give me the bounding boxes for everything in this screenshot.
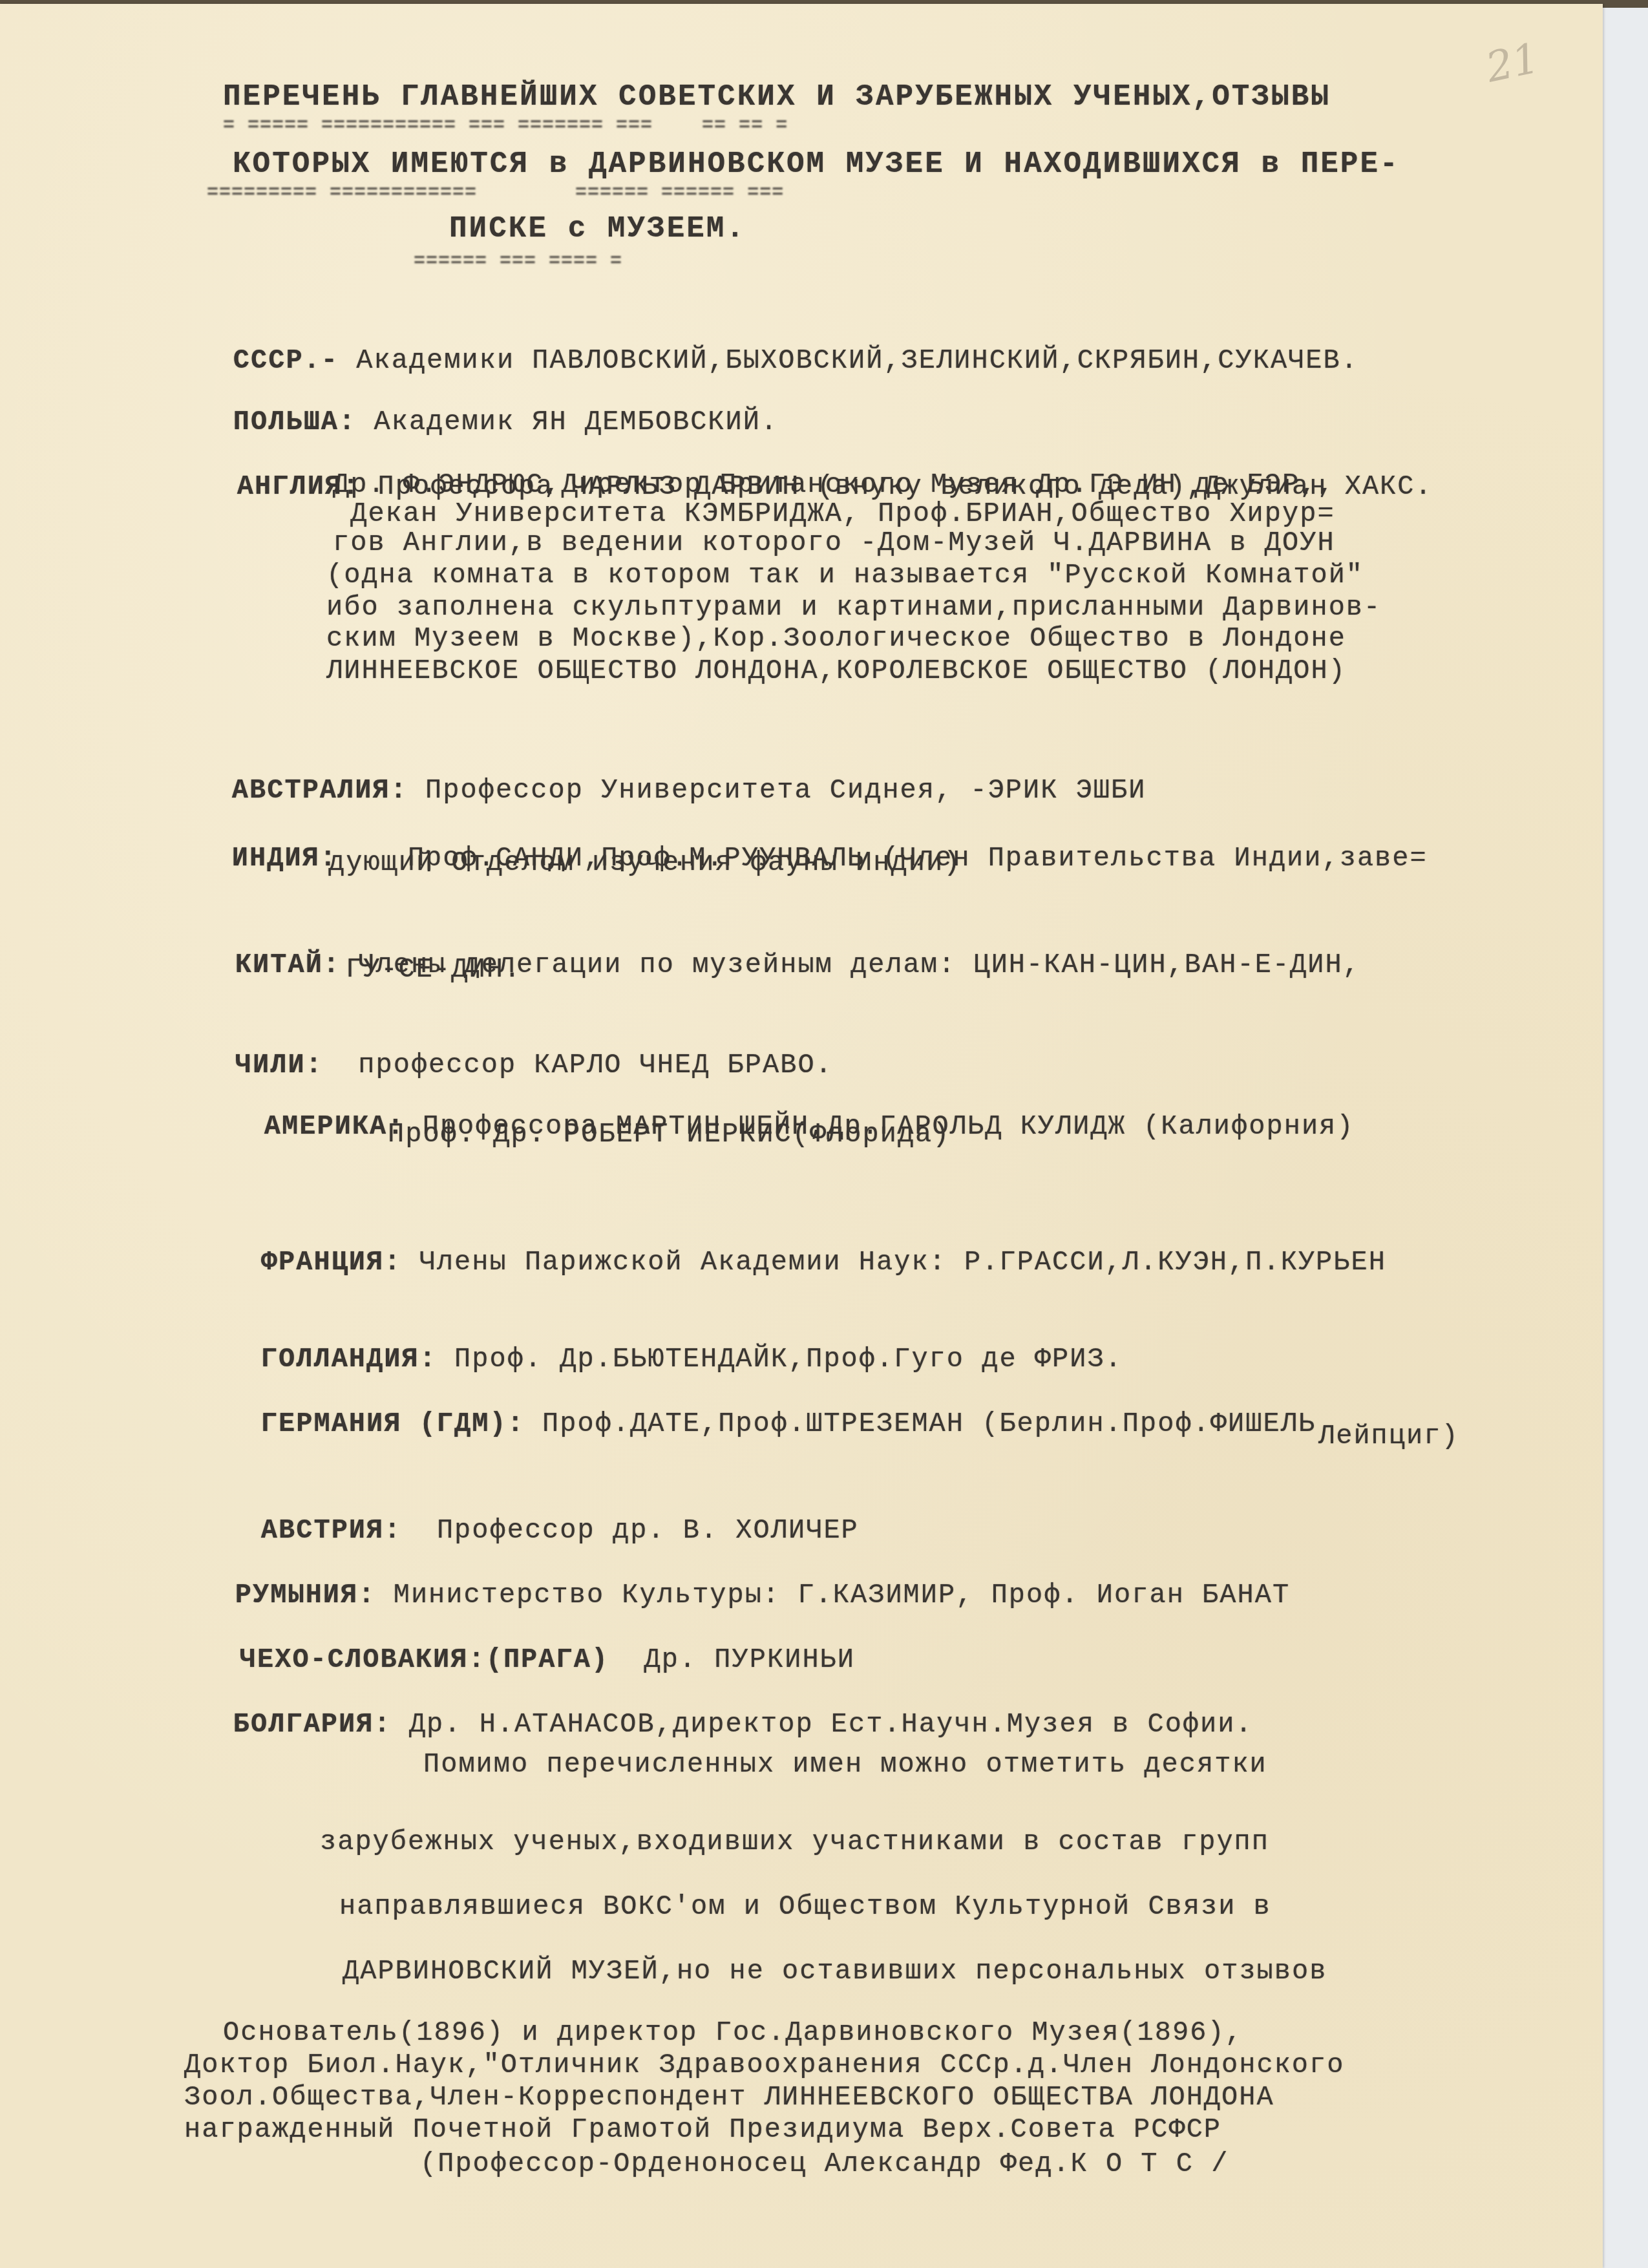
country-label: РУМЫНИЯ: xyxy=(235,1580,376,1611)
entry-america-line-2: Проф. Др. РОБЕРТ ИЕРКИС(Флорида) xyxy=(388,1119,951,1150)
closing-paragraph-line-2: зарубежных ученых,входивших участниками … xyxy=(320,1827,1269,1858)
signature-line-5: (Профессор-Орденоносец Александр Фед.К О… xyxy=(420,2148,1229,2179)
document-page: 21 ПЕРЕЧЕНЬ ГЛАВНЕЙШИХ СОВЕТСКИХ И ЗАРУБ… xyxy=(0,4,1603,2268)
country-label: БОЛГАРИЯ: xyxy=(233,1709,392,1740)
entry-text: Академики ПАВЛОВСКИЙ,БЫХОВСКИЙ,ЗЕЛИНСКИЙ… xyxy=(356,345,1358,376)
entry-text: Др. ПУРКИНЬИ xyxy=(644,1644,855,1675)
entry-china: КИТАЙ: Члены делегации по музейным делам… xyxy=(165,918,1360,1012)
country-label: АВСТРИЯ: xyxy=(261,1515,402,1546)
title-line-1: ПЕРЕЧЕНЬ ГЛАВНЕЙШИХ СОВЕТСКИХ И ЗАРУБЕЖН… xyxy=(223,80,1331,114)
signature-line-3: Зоол.Общества,Член-Корреспондент ЛИННЕЕВ… xyxy=(184,2082,1274,2113)
title-line-2: КОТОРЫХ ИМЕЮТСЯ в ДАРВИНОВСКОМ МУЗЕЕ И Н… xyxy=(233,147,1400,181)
entry-text: Профессор Университета Сиднея, -ЭРИК ЭШБ… xyxy=(425,775,1146,806)
entry-germany-line-2: Лейпциг) xyxy=(1318,1421,1459,1452)
entry-text: Профессор др. В. ХОЛИЧЕР xyxy=(437,1515,859,1546)
entry-text: Министерство Культуры: Г.КАЗИМИР, Проф. … xyxy=(394,1580,1290,1611)
signature-line-1: Основатель(1896) и директор Гос.Дарвинов… xyxy=(223,2017,1243,2048)
country-label: ЧИЛИ: xyxy=(235,1050,323,1081)
closing-paragraph-line-1: Помимо перечисленных имен можно отметить… xyxy=(423,1749,1267,1780)
entry-text: Проф. Др.БЬЮТЕНДАЙК,Проф.Гуго де ФРИЗ. xyxy=(454,1344,1123,1375)
country-label: АМЕРИКА: xyxy=(264,1111,405,1142)
country-label: КИТАЙ: xyxy=(235,949,341,980)
entry-france: ФРАНЦИЯ: Члены Парижской Академии Наук: … xyxy=(191,1216,1386,1309)
title-underline-1: = ===== =========== === ======= === == =… xyxy=(223,115,788,137)
entry-china-line-2: ГУ-СЕ-ДИН. xyxy=(346,954,522,985)
entry-england-line-7: ским Музеем в Москве),Кор.Зоологическое … xyxy=(326,623,1346,654)
country-label: СССР.- xyxy=(233,345,339,376)
country-label: ИНДИЯ: xyxy=(232,843,337,874)
country-label: ГЕРМАНИЯ (ГДМ): xyxy=(261,1408,525,1439)
entry-text: Др. Н.АТАНАСОВ,директор Ест.Научн.Музея … xyxy=(409,1709,1253,1740)
entry-germany: ГЕРМАНИЯ (ГДМ): Проф.ДАТЕ,Проф.ШТРЕЗЕМАН… xyxy=(191,1377,1316,1470)
entry-text: профессор КАРЛО ЧНЕД БРАВО. xyxy=(358,1050,833,1081)
entry-text: Проф.ДАТЕ,Проф.ШТРЕЗЕМАН (Берлин.Проф.ФИ… xyxy=(542,1408,1316,1439)
country-label: ФРАНЦИЯ: xyxy=(261,1247,402,1278)
entry-england-line-5: (одна комната в котором так и называется… xyxy=(326,560,1364,591)
entry-england-line-3: Декан Университета КЭМБРИДЖА, Проф.БРИАН… xyxy=(333,498,1335,529)
entry-india-line-2: дующий Отделом изучения фауны Индии) xyxy=(328,847,961,878)
closing-paragraph-line-3: направлявшиеся ВОКС'ом и Обществом Культ… xyxy=(339,1891,1271,1922)
entry-england-line-2: Др. Ф.ЭНДРЮС,Директор Британского Музея … xyxy=(333,469,1335,500)
country-label: ЧЕХО-СЛОВАКИЯ:(ПРАГА) xyxy=(240,1644,609,1675)
signature-line-2: Доктор Биол.Наук,"Отличник Здравоохранен… xyxy=(184,2050,1344,2081)
closing-paragraph-line-4: ДАРВИНОВСКИЙ МУЗЕЙ,но не оставивших перс… xyxy=(343,1956,1327,1987)
entry-england-line-8: ЛИННЕЕВСКОЕ ОБЩЕСТВО ЛОНДОНА,КОРОЛЕВСКОЕ… xyxy=(326,655,1346,686)
entry-england-line-6: ибо заполнена скульптурами и картинами,п… xyxy=(326,592,1381,623)
country-label: ПОЛЬША: xyxy=(233,407,356,438)
country-label: ГОЛЛАНДИЯ: xyxy=(261,1344,437,1375)
entry-england-line-4: гов Англии,в ведении которого -Дом-Музей… xyxy=(333,527,1335,558)
signature-line-4: награжденный Почетной Грамотой Президиум… xyxy=(184,2114,1221,2145)
title-underline-2: ========= ============ ====== ====== === xyxy=(207,182,784,204)
title-line-3: ПИСКЕ с МУЗЕЕМ. xyxy=(449,212,746,246)
entry-text: Члены Парижской Академии Наук: Р.ГРАССИ,… xyxy=(419,1247,1386,1278)
folio-number: 21 xyxy=(1482,34,1543,92)
title-underline-3: ====== === ==== = xyxy=(414,251,622,273)
entry-text: Академик ЯН ДЕМБОВСКИЙ. xyxy=(374,407,778,438)
country-label: АВСТРАЛИЯ: xyxy=(232,775,408,806)
